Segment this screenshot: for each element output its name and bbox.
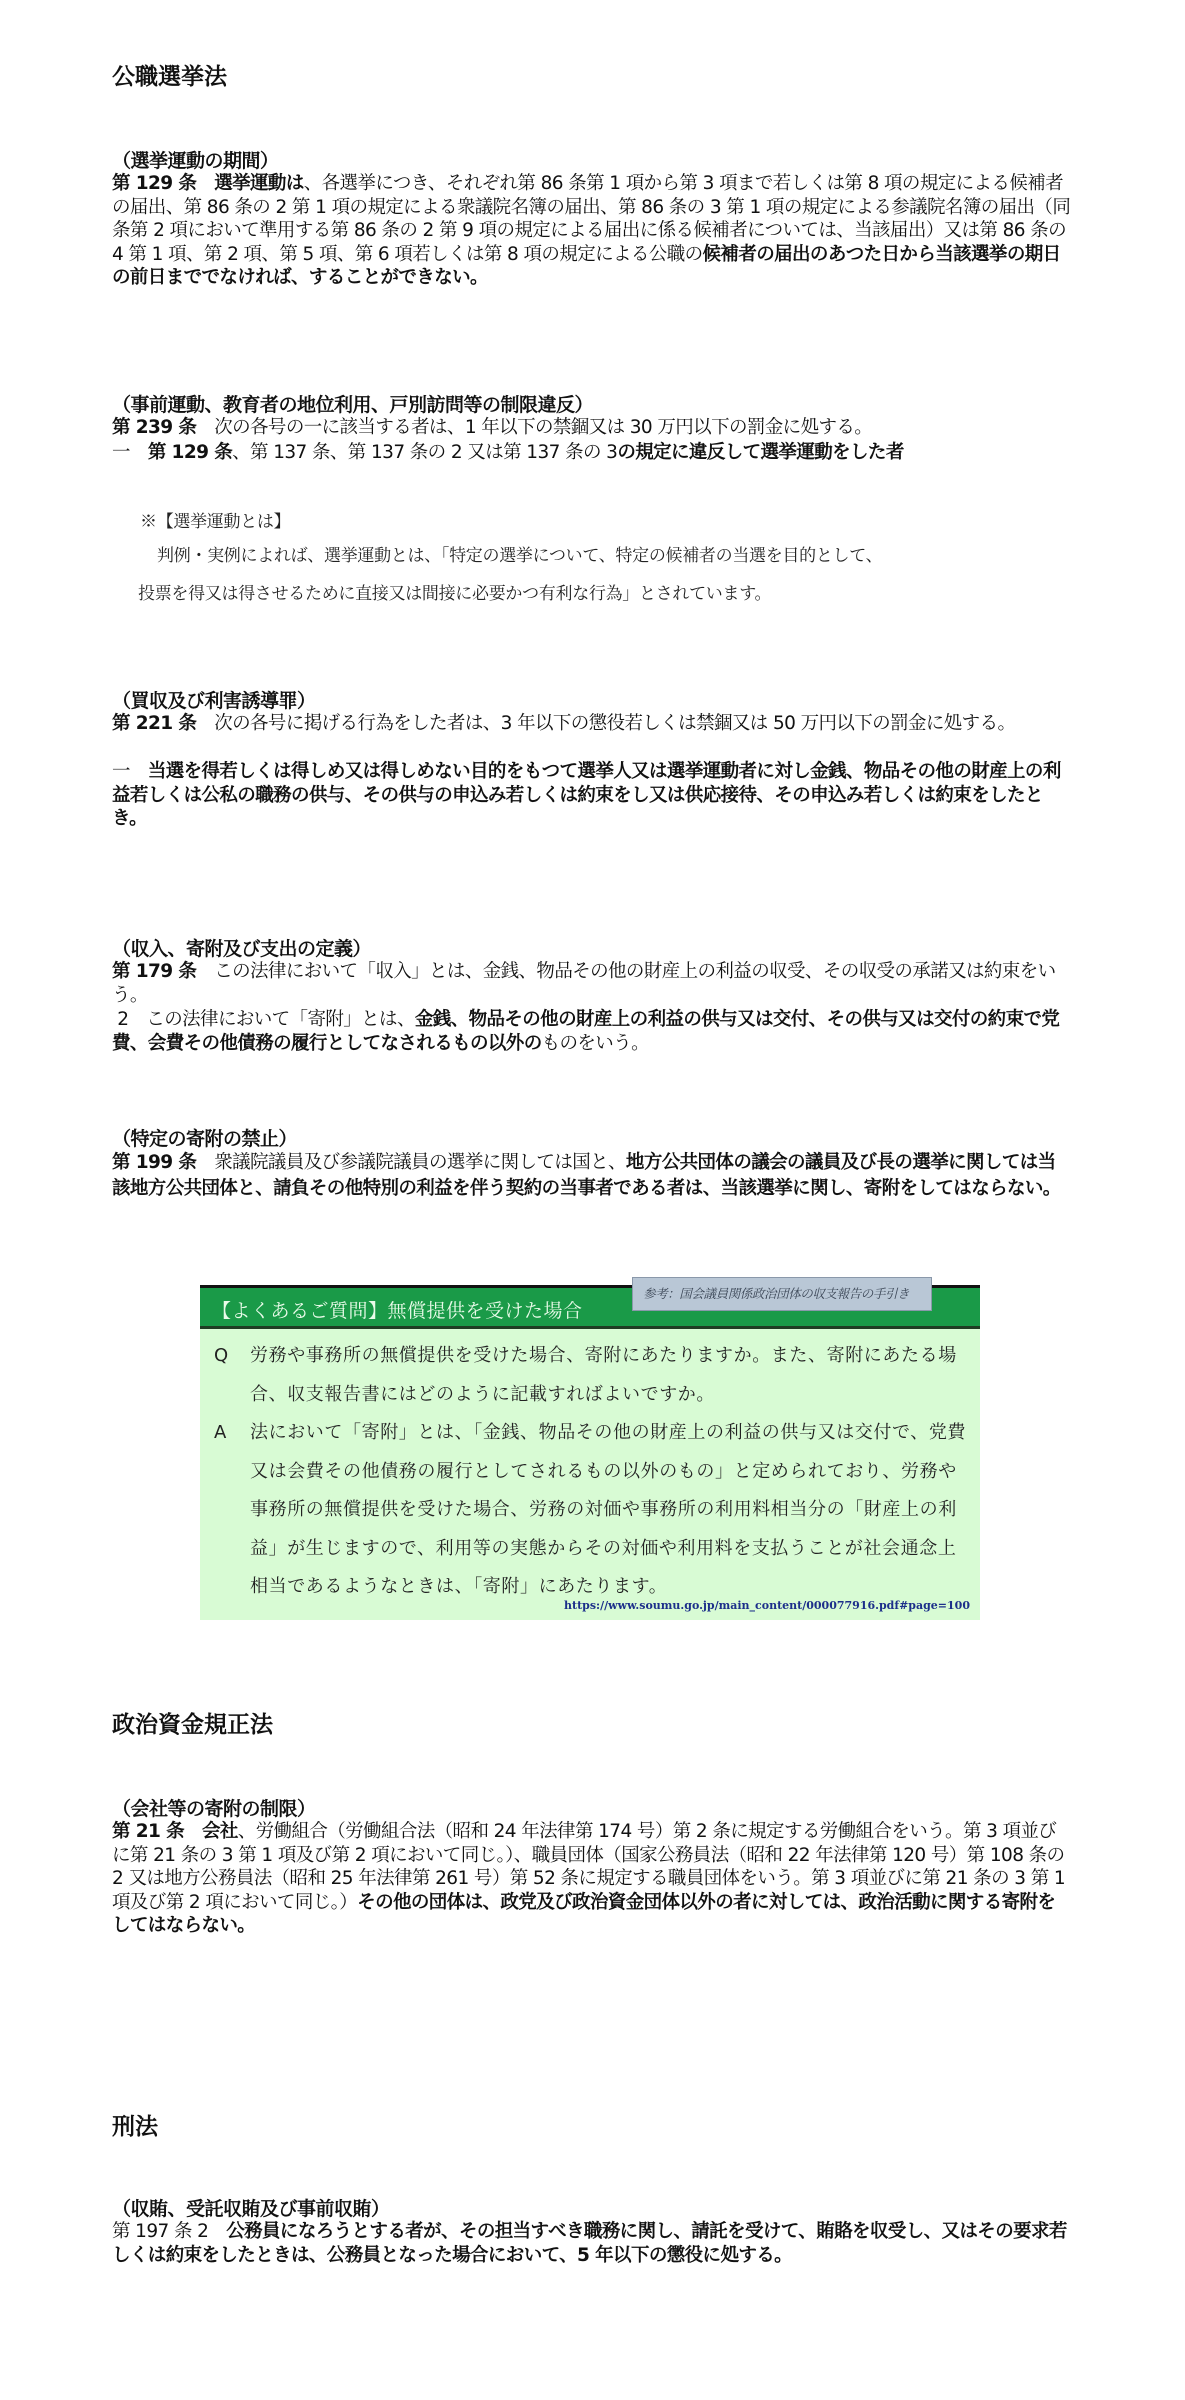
faq-question: Q 労務や事務所の無償提供を受けた場合、寄附にあたりますか。また、寄附にあたる場… — [214, 1337, 974, 1414]
article-239-item: 一 第 129 条、第 137 条、第 137 条の 2 又は第 137 条の … — [112, 441, 1072, 465]
answer-mark: A — [214, 1414, 250, 1607]
article-239: 第 239 条 次の各号の一に該当する者は、1 年以下の禁錮又は 30 万円以下… — [112, 416, 1072, 440]
article-lead: 選挙運動は — [214, 173, 304, 194]
article-129: 第 129 条 選挙運動は、各選挙につき、それぞれ第 86 条第 1 項から第 … — [112, 172, 1072, 290]
article-caption: （選挙運動の期間） — [112, 146, 279, 173]
item-bold: 当選を得若しくは得しめ又は得しめない目的をもつて選挙人又は選挙運動者に対し金銭、… — [112, 761, 1061, 829]
article-number: 第 129 条 — [112, 173, 196, 194]
article-199: 第 199 条 衆議院議員及び参議院議員の選挙に関しては国と、地方公共団体の議会… — [112, 1150, 1072, 1202]
article-number: 第 21 条 — [112, 1821, 184, 1842]
item-mark: 一 — [112, 761, 130, 782]
article-caption: （特定の寄附の禁止） — [112, 1124, 297, 1151]
article-number: 第 199 条 — [112, 1152, 196, 1173]
article-179-item: 2 この法律において「寄附」とは、金銭、物品その他の財産上の利益の供与又は交付、… — [112, 1008, 1072, 1055]
note-title: ※【選挙運動とは】 — [140, 508, 1080, 536]
item-text: この法律において「寄附」とは、 — [146, 1009, 415, 1030]
faq-reference-label: 参考：国会議員関係政治団体の収支報告の手引き — [632, 1277, 932, 1311]
article-number: 第 179 条 — [112, 961, 196, 982]
faq-header-text: 【よくあるご質問】無償提供を受けた場合 — [212, 1296, 583, 1323]
article-221: 第 221 条 次の各号に掲げる行為をした者は、3 年以下の懲役若しくは禁錮又は… — [112, 712, 1072, 736]
article-number: 第 239 条 — [112, 417, 196, 438]
article-text: 衆議院議員及び参議院議員の選挙に関しては国と、 — [214, 1152, 626, 1173]
source-link[interactable]: https://www.soumu.go.jp/main_content/000… — [564, 1599, 970, 1612]
article-caption: （収賄、受託収賄及び事前収賄） — [112, 2194, 390, 2221]
article-text: 次の各号に掲げる行為をした者は、3 年以下の懲役若しくは禁錮又は 50 万円以下… — [214, 713, 1015, 734]
article-221-item: 一 当選を得若しくは得しめ又は得しめない目的をもつて選挙人又は選挙運動者に対し金… — [112, 760, 1072, 831]
law-title-kosen: 公職選挙法 — [112, 58, 227, 91]
answer-text: 法において「寄附」とは、「金銭、物品その他の財産上の利益の供与又は交付で、党費又… — [250, 1414, 974, 1607]
law-title-keiho: 刑法 — [112, 2108, 158, 2141]
question-mark: Q — [214, 1337, 250, 1414]
item-mark: 一 — [112, 442, 130, 463]
article-lead: 会社 — [202, 1821, 238, 1842]
faq-answer: A 法において「寄附」とは、「金銭、物品その他の財産上の利益の供与又は交付で、党… — [214, 1414, 974, 1607]
faq-body: Q 労務や事務所の無償提供を受けた場合、寄附にあたりますか。また、寄附にあたる場… — [214, 1337, 974, 1607]
election-campaign-note: ※【選挙運動とは】 判例・実例によれば、選挙運動とは、「特定の選挙について、特定… — [140, 508, 1080, 612]
article-text-bold: 公務員になろうとする者が、その担当すべき職務に関し、請託を受けて、賄賂を収受し、… — [112, 2221, 1067, 2266]
article-caption: （収入、寄附及び支出の定義） — [112, 934, 371, 961]
article-caption: （買収及び利害誘導罪） — [112, 686, 316, 713]
article-197-2: 第 197 条 2 公務員になろうとする者が、その担当すべき職務に関し、請託を受… — [112, 2220, 1072, 2267]
item-bold: 第 129 条 — [148, 442, 232, 463]
note-line: 判例・実例によれば、選挙運動とは、「特定の選挙について、特定の候補者の当選を目的… — [140, 536, 1080, 576]
article-text: この法律において「収入」とは、金銭、物品その他の財産上の利益の収受、その収受の承… — [112, 961, 1056, 1006]
question-text: 労務や事務所の無償提供を受けた場合、寄附にあたりますか。また、寄附にあたる場合、… — [250, 1337, 974, 1414]
article-text: 次の各号の一に該当する者は、1 年以下の禁錮又は 30 万円以下の罰金に処する。 — [214, 417, 872, 438]
article-number: 第 197 条 2 — [112, 2221, 208, 2242]
law-title-seiji: 政治資金規正法 — [112, 1706, 273, 1739]
item-text: 、第 137 条、第 137 条の 2 又は第 137 条の 3 — [232, 442, 617, 463]
article-number: 第 221 条 — [112, 713, 196, 734]
item-mark: 2 — [117, 1009, 128, 1030]
faq-box: 【よくあるご質問】無償提供を受けた場合 参考：国会議員関係政治団体の収支報告の手… — [200, 1285, 980, 1620]
item-tail: ものをいう。 — [542, 1033, 649, 1054]
note-line: 投票を得又は得させるために直接又は間接に必要かつ有利な行為」とされています。 — [138, 576, 1080, 612]
article-caption: （事前運動、教育者の地位利用、戸別訪問等の制限違反） — [112, 390, 593, 417]
item-bold: の規定に違反して選挙運動をした者 — [617, 442, 903, 463]
article-caption: （会社等の寄附の制限） — [112, 1794, 316, 1821]
article-21: 第 21 条 会社、労働組合（労働組合法（昭和 24 年法律第 174 号）第 … — [112, 1820, 1072, 1938]
article-179: 第 179 条 この法律において「収入」とは、金銭、物品その他の財産上の利益の収… — [112, 960, 1072, 1007]
